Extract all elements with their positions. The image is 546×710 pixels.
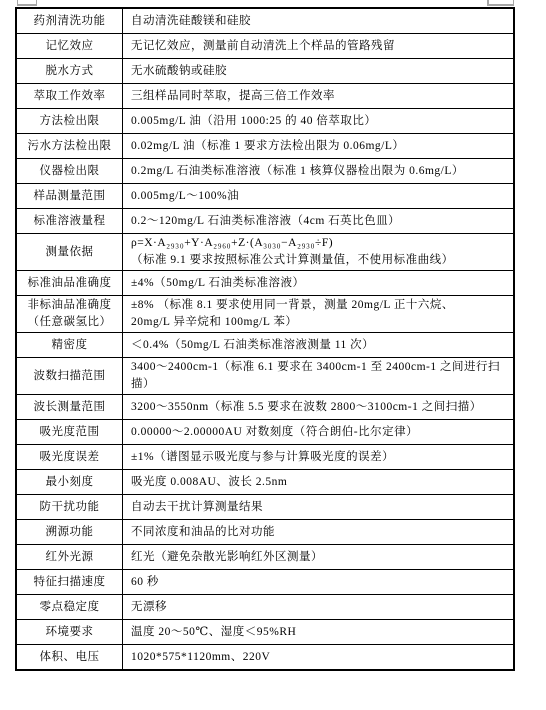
spec-value: 自动去干扰计算测量结果 [123,495,515,520]
spec-label: 溯源功能 [16,520,123,545]
spec-label: 波长测量范围 [16,395,123,420]
spec-value: ±1%（谱图显示吸光度与参与计算吸光度的误差） [123,445,515,470]
table-row: 吸光度范围0.00000～2.00000AU 对数刻度（符合朗伯-比尔定律） [16,420,514,445]
table-row: 仪器检出限0.2mg/L 石油类标准溶液（标准 1 核算仪器检出限为 0.6mg… [16,159,514,184]
specification-table: 药剂清洗功能自动清洗硅酸镁和硅胶记忆效应无记忆效应，测量前自动清洗上个样品的管路… [15,7,515,671]
table-row: 防干扰功能自动去干扰计算测量结果 [16,495,514,520]
table-row: 萃取工作效率三组样品同时萃取，提高三倍工作效率 [16,84,514,109]
spec-label: 标准溶液量程 [16,209,123,234]
table-row: 体积、电压1020*575*1120mm、220V [16,645,514,671]
table-row: 测量依据ρ=X·A₂₉₃₀+Y·A₂₉₆₀+Z·(A₃₀₃₀−A₂₉₃₀÷F) … [16,234,514,271]
spec-value: 0.2mg/L 石油类标准溶液（标准 1 核算仪器检出限为 0.6mg/L） [123,159,515,184]
table-row: 零点稳定度无漂移 [16,595,514,620]
table-row: 溯源功能不同浓度和油品的比对功能 [16,520,514,545]
table-row: 标准溶液量程0.2～120mg/L 石油类标准溶液（4cm 石英比色皿） [16,209,514,234]
table-row: 特征扫描速度60 秒 [16,570,514,595]
spec-value: 1020*575*1120mm、220V [123,645,515,671]
spec-label: 非标油品准确度 （任意碳氢比） [16,296,123,333]
spec-value: 0.005mg/L 油（沿用 1000:25 的 40 倍萃取比） [123,109,515,134]
spec-label: 吸光度误差 [16,445,123,470]
table-row: 标准油品准确度±4%（50mg/L 石油类标准溶液） [16,271,514,296]
spec-value: ±8% （标准 8.1 要求使用同一背景，测量 20mg/L 正十六烷、 20m… [123,296,515,333]
spec-label: 防干扰功能 [16,495,123,520]
spec-label: 污水方法检出限 [16,134,123,159]
spec-value: 吸光度 0.008AU、波长 2.5nm [123,470,515,495]
spec-label: 精密度 [16,333,123,358]
spec-value: 0.005mg/L～100%油 [123,184,515,209]
spec-label: 体积、电压 [16,645,123,671]
spec-label: 萃取工作效率 [16,84,123,109]
spec-value: 无漂移 [123,595,515,620]
spec-value: 0.00000～2.00000AU 对数刻度（符合朗伯-比尔定律） [123,420,515,445]
spec-value: 红光（避免杂散光影响红外区测量） [123,545,515,570]
table-row: 非标油品准确度 （任意碳氢比）±8% （标准 8.1 要求使用同一背景，测量 2… [16,296,514,333]
spec-value: ＜0.4%（50mg/L 石油类标准溶液测量 11 次） [123,333,515,358]
table-row: 吸光度误差±1%（谱图显示吸光度与参与计算吸光度的误差） [16,445,514,470]
spec-label: 吸光度范围 [16,420,123,445]
spec-label: 药剂清洗功能 [16,8,123,34]
spec-value: 不同浓度和油品的比对功能 [123,520,515,545]
table-row: 样品测量范围0.005mg/L～100%油 [16,184,514,209]
spec-label: 样品测量范围 [16,184,123,209]
spec-label: 脱水方式 [16,59,123,84]
spec-label: 标准油品准确度 [16,271,123,296]
table-row: 红外光源红光（避免杂散光影响红外区测量） [16,545,514,570]
spec-value: 3400～2400cm-1（标准 6.1 要求在 3400cm-1 至 2400… [123,358,515,395]
spec-value: 自动清洗硅酸镁和硅胶 [123,8,515,34]
table-row: 记忆效应无记忆效应，测量前自动清洗上个样品的管路残留 [16,34,514,59]
spec-label: 记忆效应 [16,34,123,59]
spec-value: 60 秒 [123,570,515,595]
spec-label: 环境要求 [16,620,123,645]
spec-label: 仪器检出限 [16,159,123,184]
spec-label: 最小刻度 [16,470,123,495]
table-row: 最小刻度吸光度 0.008AU、波长 2.5nm [16,470,514,495]
spec-label: 零点稳定度 [16,595,123,620]
table-row: 脱水方式无水硫酸钠或硅胶 [16,59,514,84]
spec-label: 测量依据 [16,234,123,271]
cropped-element-fragment-left [17,0,37,6]
spec-value: 无记忆效应，测量前自动清洗上个样品的管路残留 [123,34,515,59]
document-page: 药剂清洗功能自动清洗硅酸镁和硅胶记忆效应无记忆效应，测量前自动清洗上个样品的管路… [0,0,546,710]
cropped-element-fragment-right [487,0,514,6]
spec-value: 3200～3550nm（标准 5.5 要求在波数 2800～3100cm-1 之… [123,395,515,420]
table-row: 精密度＜0.4%（50mg/L 石油类标准溶液测量 11 次） [16,333,514,358]
table-row: 污水方法检出限0.02mg/L 油（标准 1 要求方法检出限为 0.06mg/L… [16,134,514,159]
table-row: 药剂清洗功能自动清洗硅酸镁和硅胶 [16,8,514,34]
table-row: 波数扫描范围3400～2400cm-1（标准 6.1 要求在 3400cm-1 … [16,358,514,395]
spec-value: 无水硫酸钠或硅胶 [123,59,515,84]
table-row: 波长测量范围3200～3550nm（标准 5.5 要求在波数 2800～3100… [16,395,514,420]
table-row: 方法检出限0.005mg/L 油（沿用 1000:25 的 40 倍萃取比） [16,109,514,134]
spec-label: 波数扫描范围 [16,358,123,395]
spec-value: 0.02mg/L 油（标准 1 要求方法检出限为 0.06mg/L） [123,134,515,159]
spec-label: 方法检出限 [16,109,123,134]
table-row: 环境要求温度 20～50℃、湿度＜95%RH [16,620,514,645]
spec-value: 三组样品同时萃取，提高三倍工作效率 [123,84,515,109]
spec-label: 特征扫描速度 [16,570,123,595]
spec-value: ±4%（50mg/L 石油类标准溶液） [123,271,515,296]
spec-label: 红外光源 [16,545,123,570]
spec-value: 温度 20～50℃、湿度＜95%RH [123,620,515,645]
spec-value: 0.2～120mg/L 石油类标准溶液（4cm 石英比色皿） [123,209,515,234]
spec-value: ρ=X·A₂₉₃₀+Y·A₂₉₆₀+Z·(A₃₀₃₀−A₂₉₃₀÷F) （标准 … [123,234,515,271]
